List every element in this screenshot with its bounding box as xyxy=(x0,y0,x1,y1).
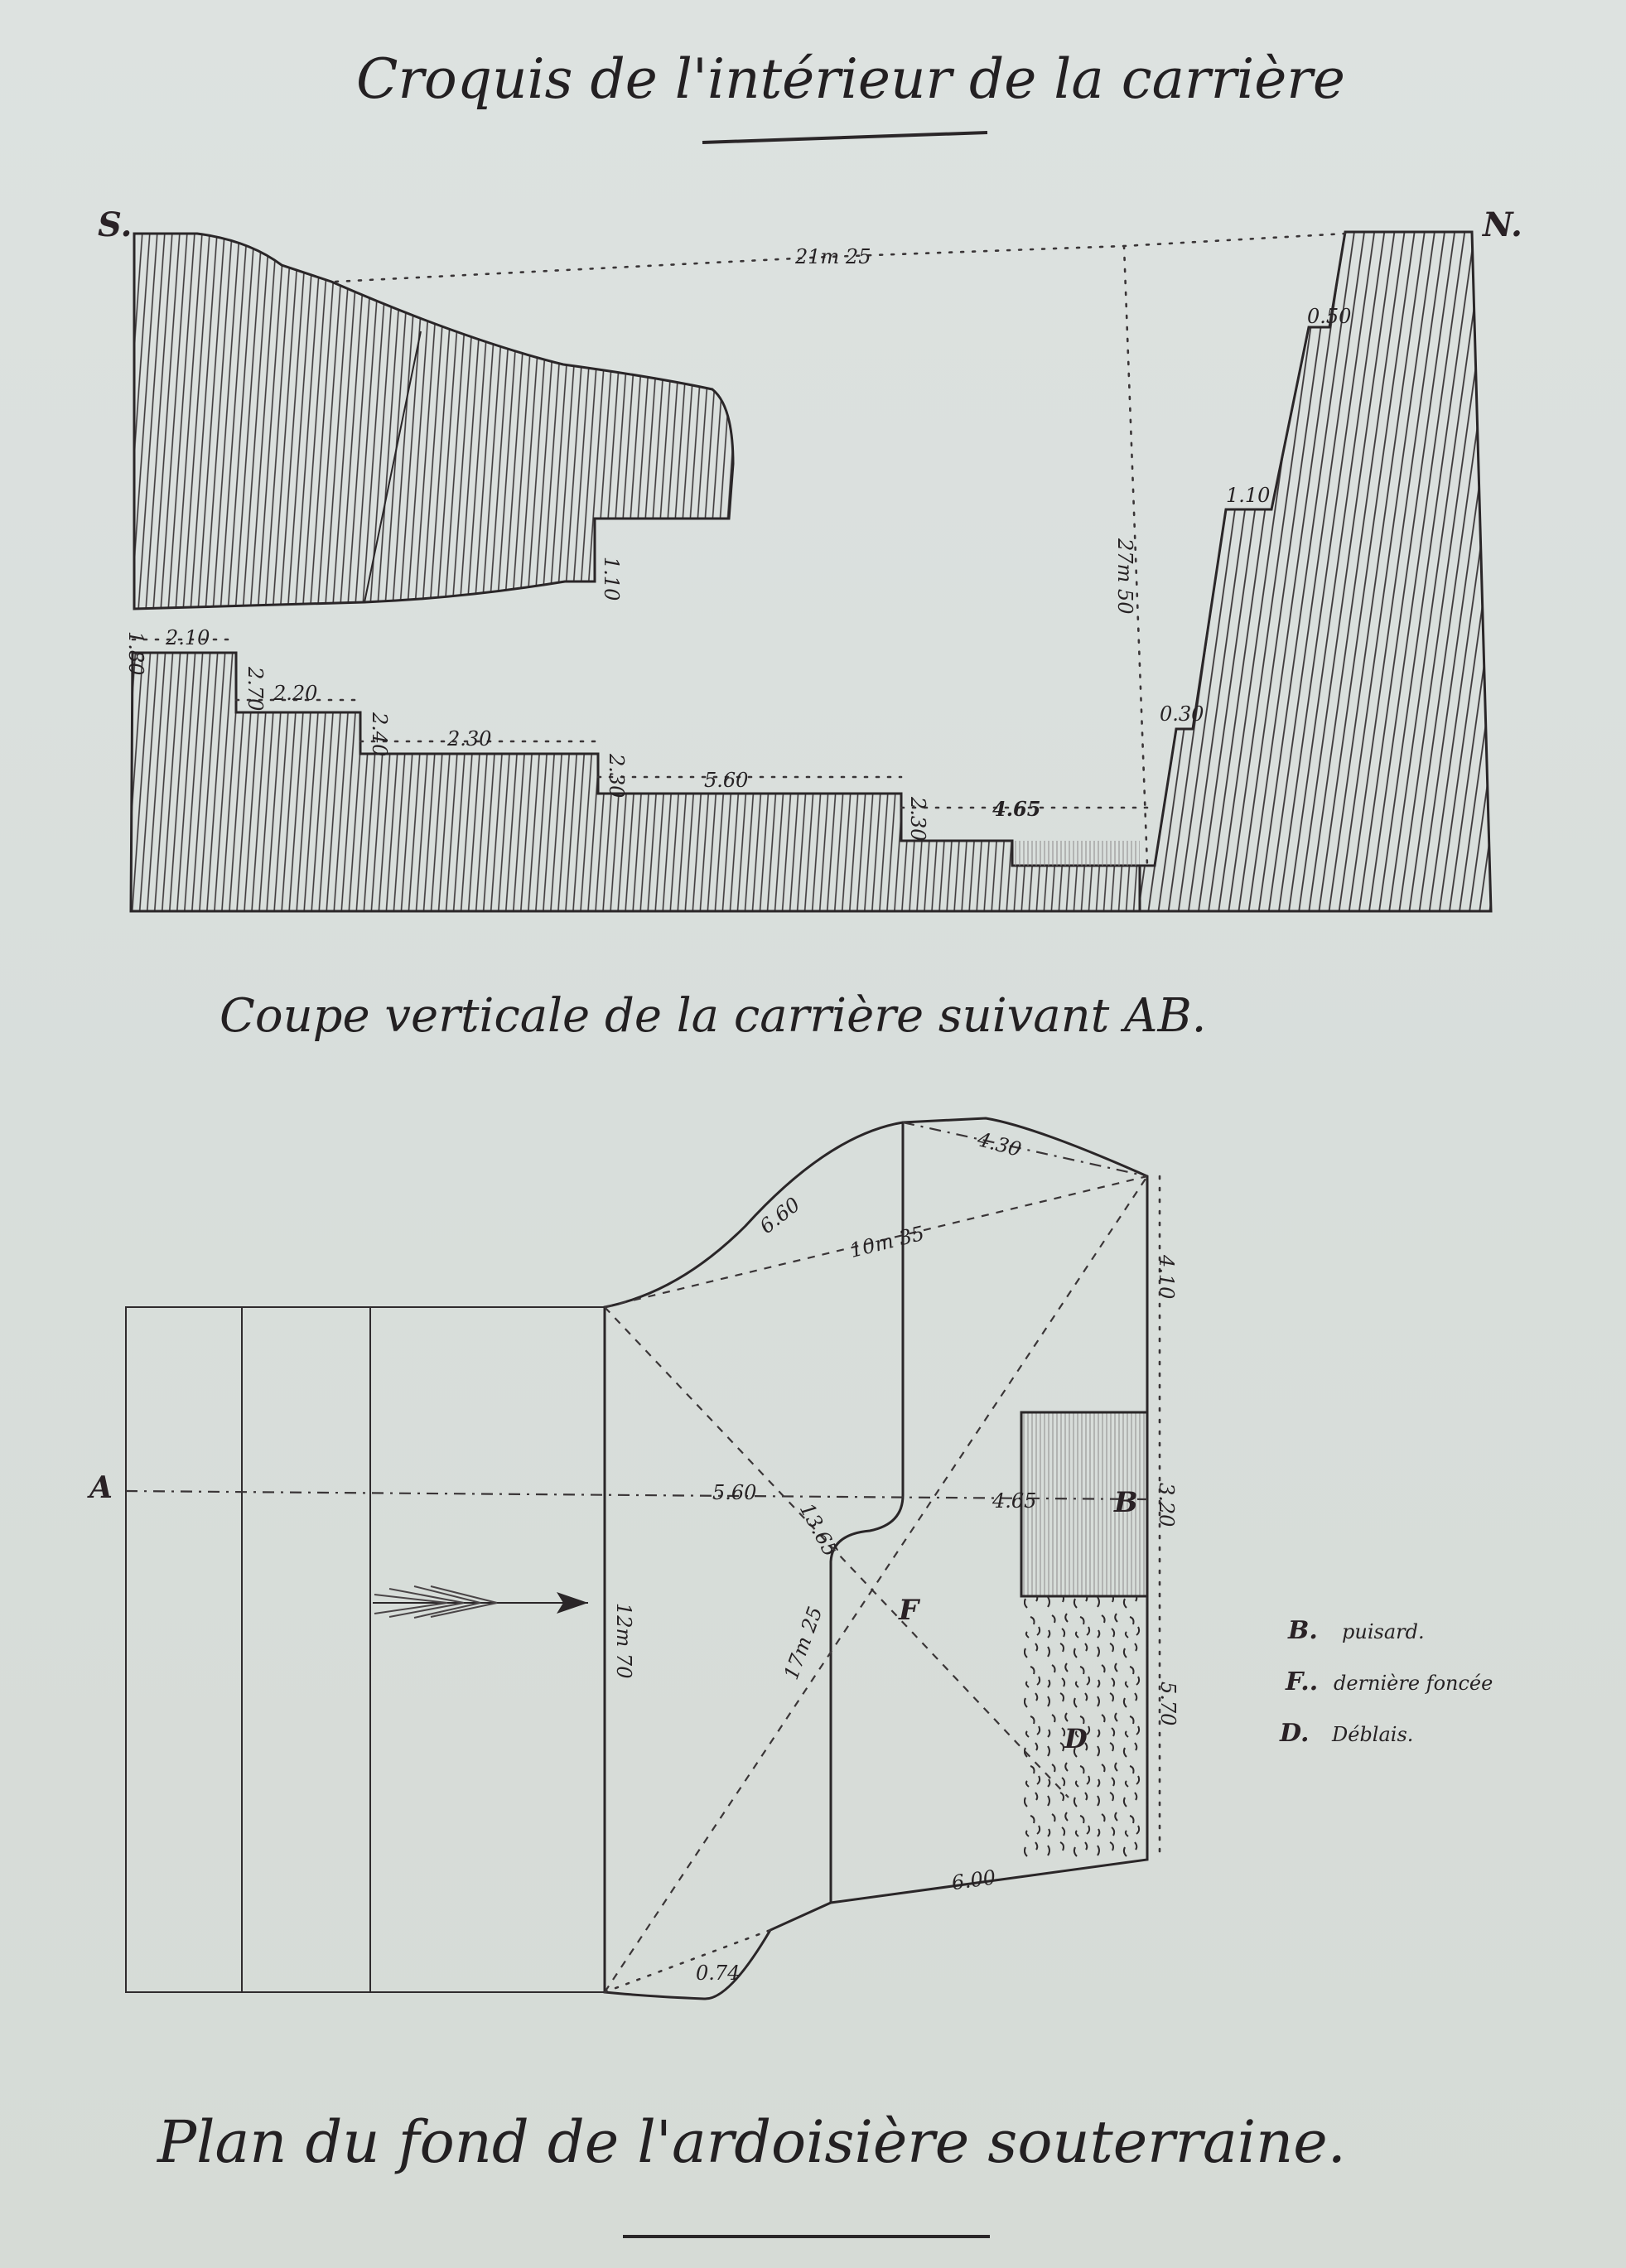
plan-caption: Plan du fond de l'ardoisière souterraine… xyxy=(156,2108,1346,2176)
dim-overall-depth: 27m 50 xyxy=(1113,538,1136,614)
section-caption: Coupe verticale de la carrière suivant A… xyxy=(220,989,1206,1043)
dim-left-width: 12m 70 xyxy=(612,1603,635,1678)
dim-bench2-height: 2.70 xyxy=(244,666,267,711)
south-overhang-rock xyxy=(134,234,733,609)
dim-bench3-width: 2.30 xyxy=(446,727,491,750)
north-cliff-rock xyxy=(1140,232,1491,911)
dim-bench5-height: 2.30 xyxy=(906,796,929,841)
dim-right-mid: 3.20 xyxy=(1155,1483,1178,1527)
dim-overall-width: 21m 25 xyxy=(794,245,871,268)
vertical-section: S. N. 21m 25 27m 50 1.10 0.50 1.10 0.30 … xyxy=(98,205,1522,911)
dim-curve-right: 4.30 xyxy=(974,1127,1024,1161)
dim-bench1-width: 2.10 xyxy=(165,626,210,649)
drawing-canvas: Croquis de l'intérieur de la carrière S.… xyxy=(0,0,1626,2268)
dim-ab-right: 4.65 xyxy=(992,1489,1036,1513)
plan-gallery-rect xyxy=(126,1307,605,1992)
dim-diagonal-low: 17m 25 xyxy=(779,1604,827,1683)
point-b-label: B xyxy=(1113,1486,1138,1519)
dim-right-upper: 4.10 xyxy=(1155,1254,1178,1299)
dim-bench4-height: 2.30 xyxy=(605,753,628,798)
dim-bench2-width: 2.20 xyxy=(273,682,317,705)
dim-ab-left: 5.60 xyxy=(712,1481,756,1504)
dim-bottom-small: 0.74 xyxy=(696,1962,740,1985)
south-label: S. xyxy=(98,205,132,244)
sump-water xyxy=(1012,841,1140,866)
dim-bench3-height: 2.40 xyxy=(368,712,391,756)
dim-north-mid: 1.10 xyxy=(1226,484,1270,507)
dim-right-lower: 5.70 xyxy=(1156,1682,1180,1725)
legend-text-d: Déblais. xyxy=(1331,1723,1413,1746)
plan-legend: B. puisard. F.. dernière foncée D. Débla… xyxy=(1279,1616,1493,1748)
dim-curve-left: 6.60 xyxy=(755,1193,804,1238)
document-page: Croquis de l'intérieur de la carrière S.… xyxy=(0,0,1626,2268)
point-d-label: D xyxy=(1064,1723,1088,1754)
dim-north-top: 0.50 xyxy=(1307,305,1351,328)
dim-north-low: 0.30 xyxy=(1160,702,1204,726)
plan-view: A B F D 6.60 4.30 10m 35 4.10 3.20 5.70 … xyxy=(87,1118,1180,1999)
point-f-label: F xyxy=(898,1594,921,1627)
dim-diagonal-top: 10m 35 xyxy=(847,1222,927,1262)
dim-bench5-width: 4.65 xyxy=(992,797,1040,821)
legend-text-b: puisard. xyxy=(1342,1620,1425,1643)
legend-key-b: B. xyxy=(1287,1616,1318,1645)
legend-key-f: F.. xyxy=(1285,1667,1318,1696)
dim-bench4-width: 5.60 xyxy=(704,769,748,792)
legend-text-f: dernière foncée xyxy=(1334,1672,1493,1695)
dim-overhang-step: 1.10 xyxy=(600,557,623,601)
north-label: N. xyxy=(1481,205,1522,244)
legend-key-d: D. xyxy=(1279,1719,1309,1748)
top-title: Croquis de l'intérieur de la carrière xyxy=(356,47,1345,111)
title-underline xyxy=(702,133,987,142)
point-a-label: A xyxy=(87,1470,113,1505)
dim-bottom-right: 6.00 xyxy=(950,1865,997,1894)
dim-bench1-height: 1.80 xyxy=(124,631,147,675)
dim-diagonal-mid: 13.65 xyxy=(795,1499,842,1561)
north-arrow-icon xyxy=(373,1586,588,1618)
